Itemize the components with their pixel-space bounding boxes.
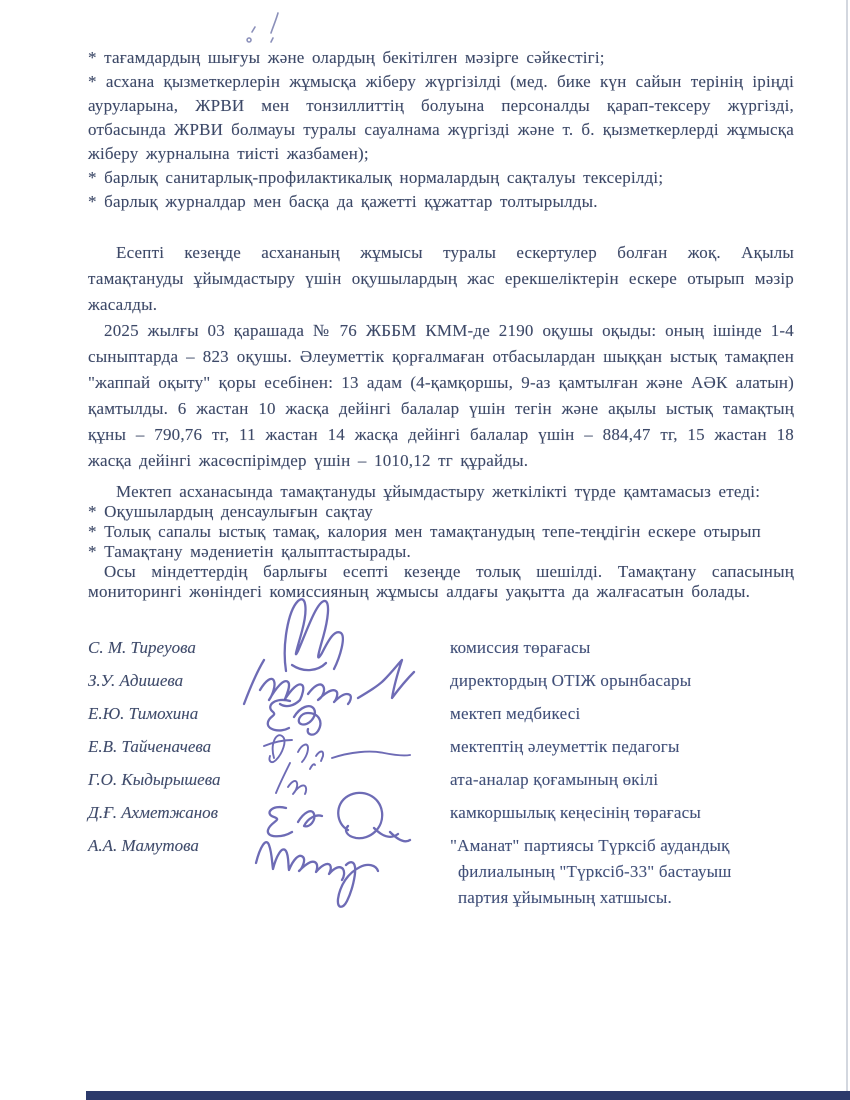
signature-row: Д.Ғ. Ахметжанов камкоршылық кеңесінің тө… (88, 800, 794, 833)
signature-cell (250, 668, 450, 669)
paragraph: Мектеп асханасында тамақтануды ұйымдасты… (88, 482, 794, 502)
report-body-section: Есепті кезеңде асхананың жұмысы туралы е… (88, 240, 794, 474)
scanned-document-page: * тағамдардың шығуы және олардың бекітіл… (88, 0, 794, 911)
signature-cell (250, 734, 450, 735)
signature-cell (250, 767, 450, 768)
bullet-line: * асхана қызметкерлерін жұмысқа жіберу ж… (88, 70, 794, 166)
signatory-name: З.У. Адишева (88, 668, 250, 694)
signature-row: Е.В. Тайченачева мектептің әлеуметтік пе… (88, 734, 794, 767)
signature-cell (250, 701, 450, 702)
signatory-name: Г.О. Кыдырышева (88, 767, 250, 793)
scan-right-edge-line (846, 0, 848, 1100)
signatory-name: Е.В. Тайченачева (88, 734, 250, 760)
signature-cell (250, 800, 450, 801)
signature-row: Г.О. Кыдырышева ата-аналар қоғамының өкі… (88, 767, 794, 800)
signatory-title: директордың ОТІЖ орынбасары (450, 668, 794, 694)
bullet-line: * Оқушылардың денсаулығын сақтау (88, 502, 794, 522)
paragraph: 2025 жылғы 03 қарашада № 76 ЖББМ КММ-де … (88, 318, 794, 474)
signature-cell (250, 635, 450, 636)
signature-cell (250, 833, 450, 834)
signature-block: С. М. Тиреуова комиссия төрағасы З.У. Ад… (88, 635, 794, 911)
bullet-line: * барлық санитарлық-профилактикалық норм… (88, 166, 794, 190)
signature-row: З.У. Адишева директордың ОТІЖ орынбасары (88, 668, 794, 701)
signatory-name: Д.Ғ. Ахметжанов (88, 800, 250, 826)
signature-row: С. М. Тиреуова комиссия төрағасы (88, 635, 794, 668)
signature-ink-icon (250, 825, 440, 913)
paragraph: Осы міндеттердің барлығы есепті кезеңде … (88, 562, 794, 602)
signature-row: А.А. Мамутова "Аманат" партиясы Түрксіб … (88, 833, 794, 911)
bullet-line: * барлық журналдар мен басқа да қажетті … (88, 190, 794, 214)
paragraph: Есепті кезеңде асхананың жұмысы туралы е… (88, 240, 794, 318)
signatory-name: С. М. Тиреуова (88, 635, 250, 661)
signatory-name: А.А. Мамутова (88, 833, 250, 859)
bullet-line: * тағамдардың шығуы және олардың бекітіл… (88, 46, 794, 70)
signatory-title: комиссия төрағасы (450, 635, 794, 661)
signatory-title: "Аманат" партиясы Түрксіб аудандық филиа… (450, 833, 794, 911)
signatory-title: камкоршылық кеңесінің төрағасы (450, 800, 794, 826)
signatory-title: ата-аналар қоғамының өкілі (450, 767, 794, 793)
bullet-line: * Толық сапалы ыстық тамақ, калория мен … (88, 522, 794, 542)
signatory-name: Е.Ю. Тимохина (88, 701, 250, 727)
checklist-section: * тағамдардың шығуы және олардың бекітіл… (88, 0, 794, 214)
scan-bottom-edge-strip (86, 1091, 850, 1100)
signatory-title: мектептің әлеуметтік педагогы (450, 734, 794, 760)
signatory-title: мектеп медбикесі (450, 701, 794, 727)
bullet-line: * Тамақтану мәдениетін қалыптастырады. (88, 542, 794, 562)
goals-section: Мектеп асханасында тамақтануды ұйымдасты… (88, 482, 794, 602)
signature-row: Е.Ю. Тимохина мектеп медбикесі (88, 701, 794, 734)
